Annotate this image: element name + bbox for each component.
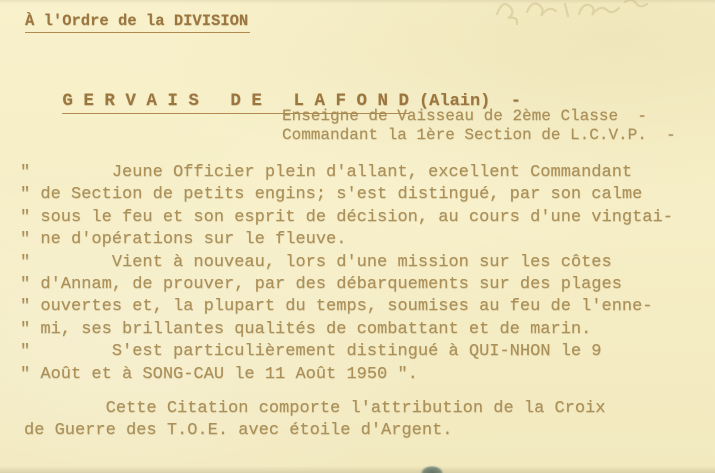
citation-line: " ne d'opérations sur le fleuve. [20, 229, 673, 251]
document-heading: À l'Ordre de la DIVISION [25, 12, 250, 33]
handwritten-annotation [483, 0, 658, 28]
citation-line: " de Section de petits engins; s'est dis… [20, 184, 673, 206]
document-page: À l'Ordre de la DIVISION G E R V A I S D… [0, 0, 715, 473]
closing-line: Cette Citation comporte l'attribution de… [24, 398, 606, 420]
citation-line: " sous le feu et son esprit de décision,… [20, 207, 673, 229]
citation-line: " mi, ses brillantes qualités de combatt… [20, 319, 673, 341]
citation-line: " Jeune Officier plein d'allant, excelle… [20, 162, 673, 184]
stamp-remnant [421, 466, 443, 473]
citation-line: " Août et à SONG-CAU le 11 Août 1950 ". [20, 364, 673, 386]
citation-line: " d'Annam, de prouver, par des débarquem… [20, 274, 673, 296]
closing-paragraph: Cette Citation comporte l'attribution de… [24, 398, 606, 443]
citation-line: " S'est particulièrement distingué à QUI… [20, 341, 673, 363]
rank-lines: Enseigne de Vaisseau de 2ème Classe - Co… [282, 107, 676, 145]
rank-line: Commandant la 1ère Section de L.C.V.P. - [282, 126, 676, 145]
citation-line: " ouvertes et, la plupart du temps, soum… [20, 296, 673, 318]
closing-line: de Guerre des T.O.E. avec étoile d'Argen… [24, 420, 606, 442]
citation-line: " Vient à nouveau, lors d'une mission su… [20, 252, 673, 274]
citation-body: " Jeune Officier plein d'allant, excelle… [20, 162, 673, 386]
rank-line: Enseigne de Vaisseau de 2ème Classe - [282, 107, 676, 126]
